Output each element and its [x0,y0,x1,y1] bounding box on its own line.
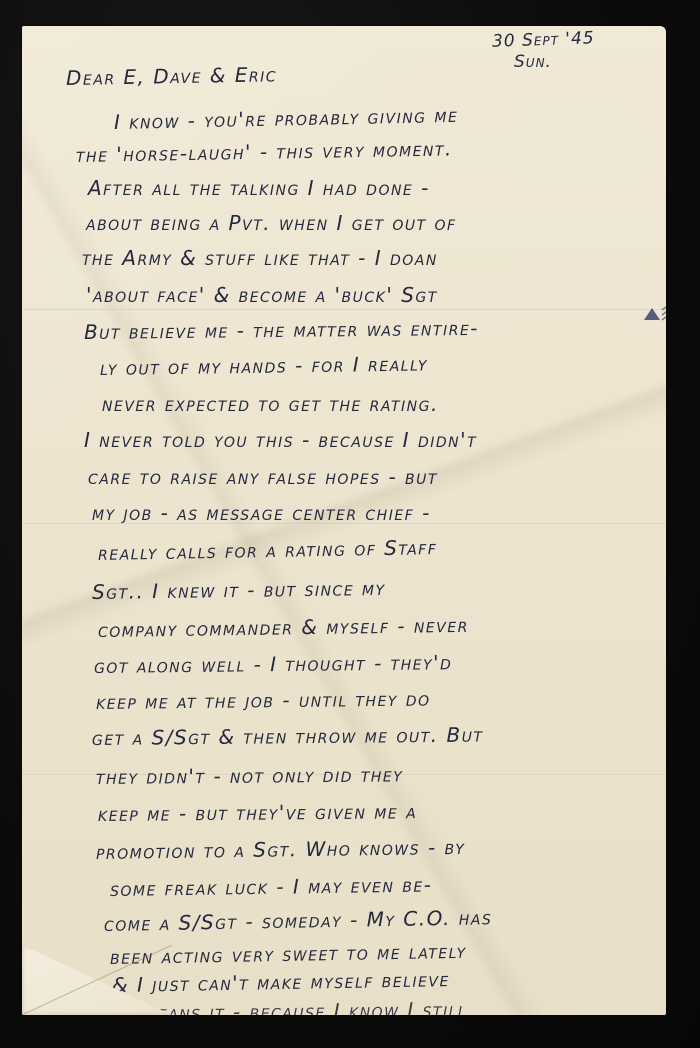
letter-page: 30 Sept '45 Sun. Dear E, Dave & Eric I k… [22,26,666,1015]
letter-line: got along well - I thought - they'd [94,650,453,678]
letter-line: about being a Pvt. when I get out of [86,211,457,235]
letter-date: 30 Sept '45 [492,28,595,52]
letter-line: company commander & myself - never [98,613,469,642]
letter-line: I never told you this - because I didn't [84,428,477,452]
letter-line: never expected to get the rating. [102,392,439,416]
letter-line: the 'horse-laugh' - this very moment. [76,136,453,167]
letter-line: they didn't - not only did they [96,762,403,789]
letter-line: keep me at the job - until they do [96,686,431,714]
letter-line: care to raise any false hopes - but [88,465,438,489]
letter-line: After all the talking I had done - [88,176,430,200]
chevron-sketch-icon [642,300,666,324]
salutation: Dear E, Dave & Eric [66,62,277,90]
letter-line: 'about face' & become a 'buck' Sgt [86,283,438,307]
letter-line: Sgt.. I knew it - but since my [92,576,386,604]
letter-line: my job - as message center chief - [92,501,431,525]
letter-line: the Army & stuff like that - I doan [82,246,438,270]
letter-line: come a S/Sgt - someday - My C.O. has [104,905,493,936]
letter-line: I know - you're probably giving me [114,103,459,134]
letter-line: get a S/Sgt & then throw me out. But [92,723,484,750]
fold-crease [22,309,666,311]
letter-line: keep me - but they've given me a [98,799,417,826]
letter-line: really calls for a rating of Staff [98,535,438,565]
folded-corner-crease [22,945,172,1015]
letter-line: But believe me - the matter was entire- [84,316,479,344]
letter-day: Sun. [514,52,552,72]
letter-line: ly out of my hands - for I really [100,351,428,380]
letter-line: promotion to a Sgt. Who knows - by [96,835,466,864]
letter-line: some freak luck - I may even be- [110,872,433,900]
